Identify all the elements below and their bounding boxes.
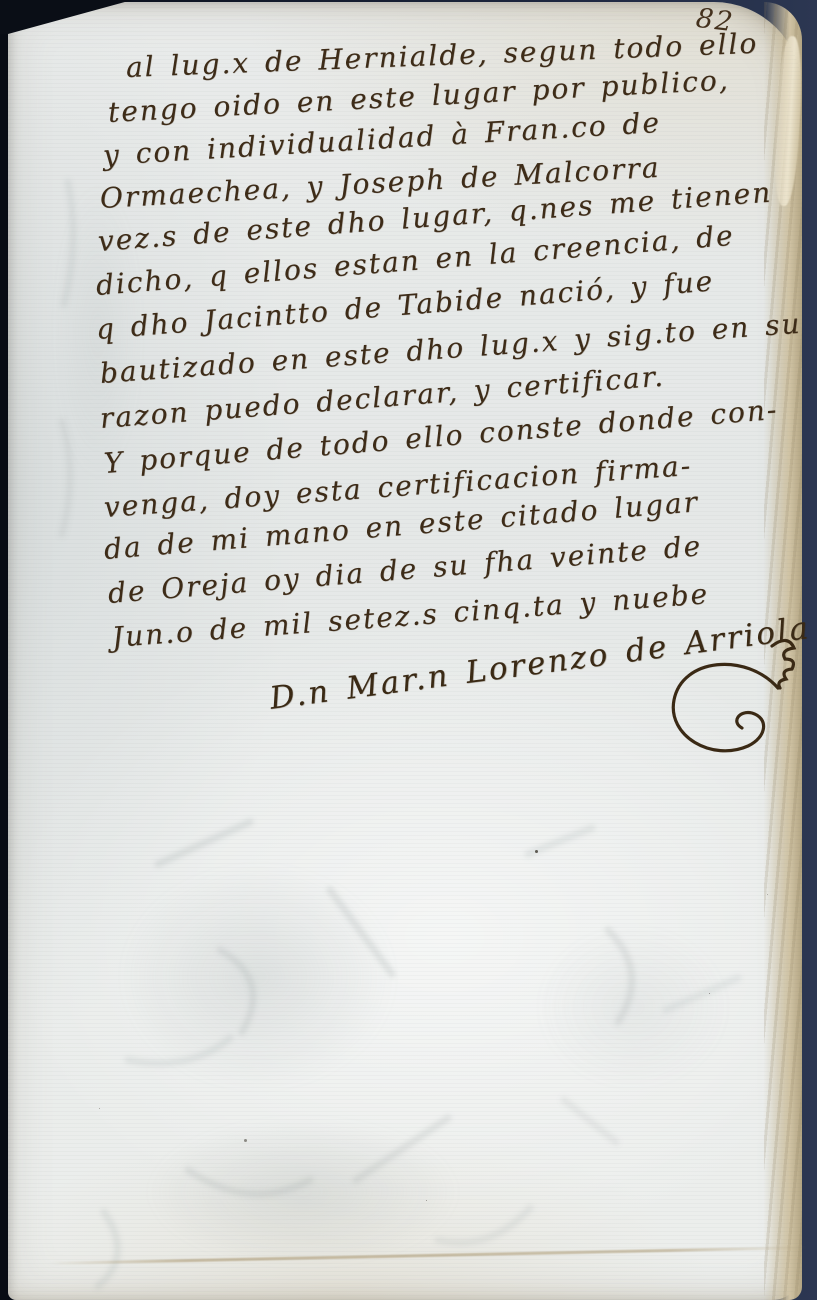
scan-background: 82 al lug.x de Hernialde, segun todo ell… — [0, 0, 817, 1300]
manuscript-page: 82 al lug.x de Hernialde, segun todo ell… — [8, 2, 802, 1300]
ink-specks — [535, 850, 538, 853]
signature-rubric-flourish — [650, 630, 810, 780]
